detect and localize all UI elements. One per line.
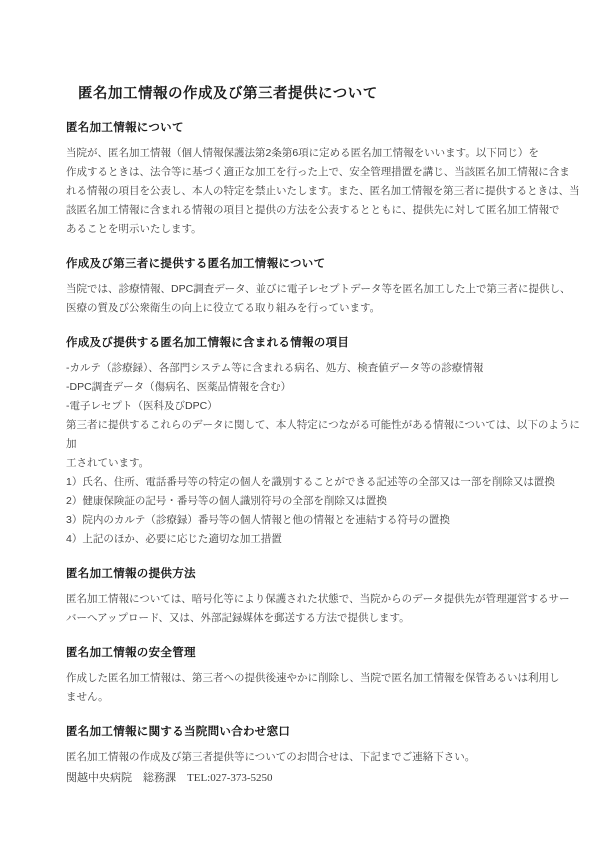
section-provision-method: 匿名加工情報の提供方法 匿名加工情報については、暗号化等により保護された状態で、… <box>66 565 588 628</box>
section-body-included-items: -カルテ（診療録）、各部門システム等に含まれる病名、処方、検査値データ等の診療情… <box>66 359 588 549</box>
document-title: 匿名加工情報の作成及び第三者提供について <box>78 82 588 103</box>
section-heading-contact-desk: 匿名加工情報に関する当院問い合わせ窓口 <box>66 723 588 739</box>
section-body-about: 当院が、匿名加工情報（個人情報保護法第2条第6項に定める匿名加工情報をいいます。… <box>66 144 588 239</box>
section-included-items: 作成及び提供する匿名加工情報に含まれる情報の項目 -カルテ（診療録）、各部門シス… <box>66 334 588 549</box>
section-heading-provision-method: 匿名加工情報の提供方法 <box>66 565 588 581</box>
section-heading-about: 匿名加工情報について <box>66 119 588 135</box>
section-about-anonymized-info: 匿名加工情報について 当院が、匿名加工情報（個人情報保護法第2条第6項に定める匿… <box>66 119 588 239</box>
section-body-provision-method: 匿名加工情報については、暗号化等により保護された状態で、当院からのデータ提供先が… <box>66 590 588 628</box>
section-safety-management: 匿名加工情報の安全管理 作成した匿名加工情報は、第三者への提供後速やかに削除し、… <box>66 644 588 707</box>
document-page: 匿名加工情報の作成及び第三者提供について 匿名加工情報について 当院が、匿名加工… <box>0 0 604 856</box>
section-heading-included-items: 作成及び提供する匿名加工情報に含まれる情報の項目 <box>66 334 588 350</box>
section-heading-provided-info: 作成及び第三者に提供する匿名加工情報について <box>66 255 588 271</box>
section-contact-desk: 匿名加工情報に関する当院問い合わせ窓口 匿名加工情報の作成及び第三者提供等につい… <box>66 723 588 788</box>
section-body-safety-management: 作成した匿名加工情報は、第三者への提供後速やかに削除し、当院で匿名加工情報を保管… <box>66 669 588 707</box>
section-body-contact-desk: 匿名加工情報の作成及び第三者提供等についてのお問合せは、下記までご連絡下さい。 <box>66 748 588 767</box>
section-body-provided-info: 当院では、診療情報、DPC調査データ、並びに電子レセプトデータ等を匿名加工した上… <box>66 280 588 318</box>
section-heading-safety-management: 匿名加工情報の安全管理 <box>66 644 588 660</box>
section-provided-info: 作成及び第三者に提供する匿名加工情報について 当院では、診療情報、DPC調査デー… <box>66 255 588 318</box>
hospital-contact-info: 関越中央病院 総務課 TEL:027-373-5250 <box>66 769 588 788</box>
